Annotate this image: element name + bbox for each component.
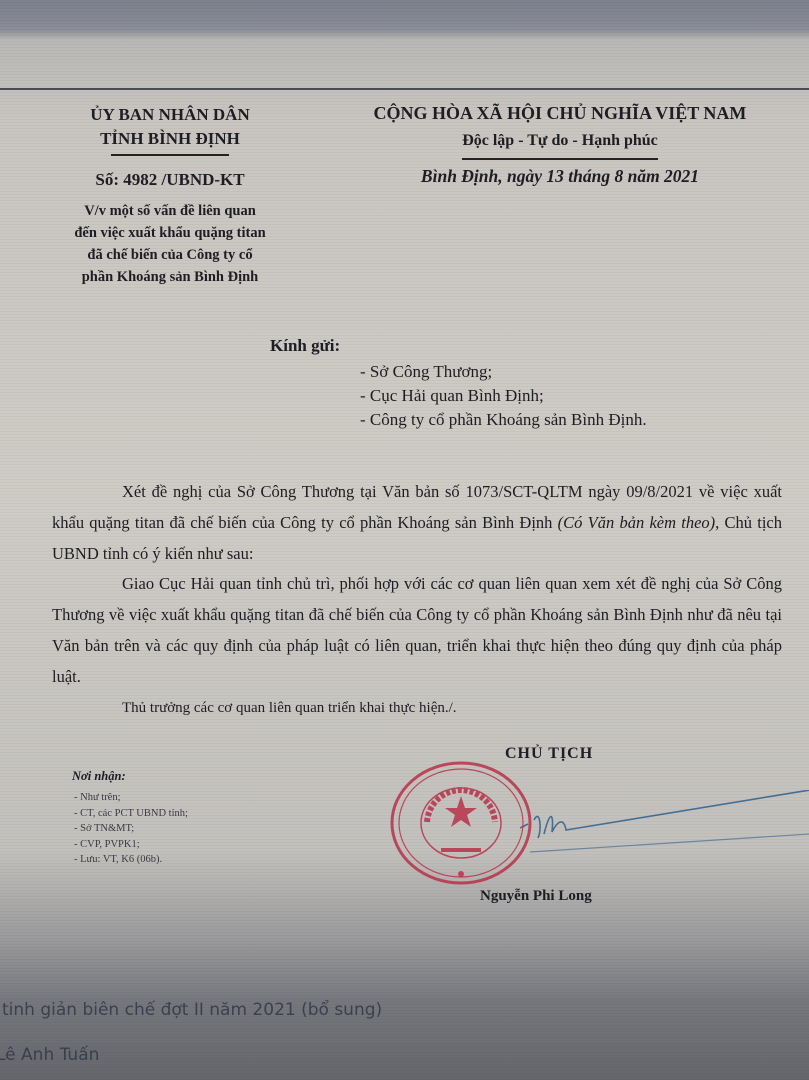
handwritten-signature-icon bbox=[520, 790, 809, 860]
background-window-text: tinh giản biên chế đợt II năm 2021 (bổ s… bbox=[2, 1000, 382, 1020]
national-motto: Độc lập - Tự do - Hạnh phúc bbox=[462, 128, 658, 160]
para1-attachment-note: (Có Văn bản kèm theo) bbox=[558, 513, 716, 532]
signer-name: Nguyễn Phi Long bbox=[480, 888, 592, 905]
addressee-item: - Sở Công Thương; bbox=[360, 362, 492, 382]
document-number: Số: 4982 /UBND-KT bbox=[40, 170, 300, 190]
subject-line: đã chế biến của Công ty cổ bbox=[30, 244, 310, 266]
body-paragraph-2: Giao Cục Hải quan tỉnh chủ trì, phối hợp… bbox=[52, 568, 782, 692]
official-red-seal-icon bbox=[389, 760, 533, 886]
addressee-label: Kính gửi: bbox=[270, 336, 340, 356]
recipient-item: - CVP, PVPK1; bbox=[74, 837, 188, 853]
addressee-item: - Cục Hải quan Bình Định; bbox=[360, 386, 544, 406]
document-subject: V/v một số vấn đề liên quan đến việc xuấ… bbox=[30, 200, 310, 288]
recipients-label: Nơi nhận: bbox=[72, 769, 126, 784]
recipient-item: - Lưu: VT, K6 (06b). bbox=[74, 852, 188, 868]
background-window-author: Lê Anh Tuấn bbox=[0, 1045, 99, 1065]
org-line-2: TỈNH BÌNH ĐỊNH bbox=[40, 127, 300, 151]
issuing-authority: ỦY BAN NHÂN DÂN TỈNH BÌNH ĐỊNH bbox=[40, 103, 300, 156]
org-line-1: ỦY BAN NHÂN DÂN bbox=[40, 103, 300, 127]
addressee-item: - Công ty cổ phần Khoáng sản Bình Định. bbox=[360, 410, 647, 430]
recipient-item: - CT, các PCT UBND tỉnh; bbox=[74, 806, 188, 822]
place-date: Bình Định, ngày 13 tháng 8 năm 2021 bbox=[330, 166, 790, 187]
org-underline bbox=[111, 154, 229, 156]
closing-line: Thủ trưởng các cơ quan liên quan triển k… bbox=[122, 700, 457, 717]
window-edge-line bbox=[0, 88, 809, 90]
national-header: CỘNG HÒA XÃ HỘI CHỦ NGHĨA VIỆT NAM Độc l… bbox=[320, 100, 800, 160]
subject-line: đến việc xuất khẩu quặng titan bbox=[30, 222, 310, 244]
recipient-item: - Như trên; bbox=[74, 790, 188, 806]
subject-line: phần Khoáng sản Bình Định bbox=[30, 266, 310, 288]
body-paragraph-1: Xét đề nghị của Sở Công Thương tại Văn b… bbox=[52, 476, 782, 569]
recipient-item: - Sở TN&MT; bbox=[74, 821, 188, 837]
nation-title: CỘNG HÒA XÃ HỘI CHỦ NGHĨA VIỆT NAM bbox=[320, 100, 800, 126]
subject-line: V/v một số vấn đề liên quan bbox=[30, 200, 310, 222]
recipients-list: - Như trên; - CT, các PCT UBND tỉnh; - S… bbox=[74, 790, 188, 868]
